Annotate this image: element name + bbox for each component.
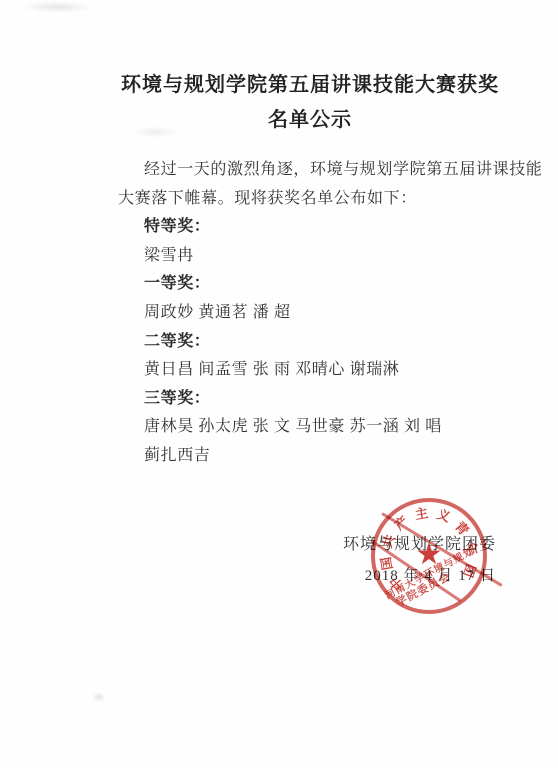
seal-arc-char: 年 xyxy=(462,540,483,556)
section-names-first-prize: 周政妙 黄通茗 潘 超 xyxy=(118,299,510,328)
title-line-2: 名单公示 xyxy=(112,103,508,138)
document-title: 环境与规划学院第五届讲课技能大赛获奖 名单公示 xyxy=(112,68,508,138)
section-heading-third-prize: 三等奖： xyxy=(118,385,510,414)
title-line-1: 环境与规划学院第五届讲课技能大赛获奖 xyxy=(112,68,508,103)
intro-line-2: 大赛落下帷幕。现将获奖名单公布如下： xyxy=(118,185,510,214)
document-body: 经过一天的激烈角逐，环境与规划学院第五届讲课技能 大赛落下帷幕。现将获奖名单公布… xyxy=(118,156,510,471)
seal-arc-char: 国 xyxy=(375,556,396,572)
seal-arc-char: 主 xyxy=(413,502,429,523)
section-names-third-prize-row-1: 唐林昊 孙太虎 张 文 马世豪 苏一涵 刘 唱 xyxy=(118,413,510,442)
section-names-special-prize: 梁雪冉 xyxy=(118,242,510,271)
section-names-second-prize: 黄日昌 间孟雪 张 雨 邓晴心 谢瑞淋 xyxy=(118,356,510,385)
intro-line-1: 经过一天的激烈角逐，环境与规划学院第五届讲课技能 xyxy=(118,156,510,185)
seal-arc-char: 青 xyxy=(451,517,474,539)
section-heading-special-prize: 特等奖： xyxy=(118,213,510,242)
section-heading-first-prize: 一等奖： xyxy=(118,270,510,299)
seal-arc-char: 义 xyxy=(435,504,454,526)
scanned-document-page: 环境与规划学院第五届讲课技能大赛获奖 名单公示 经过一天的激烈角逐，环境与规划学… xyxy=(0,0,558,768)
section-names-third-prize-row-2: 蓟扎西吉 xyxy=(118,442,510,471)
scan-smudge xyxy=(22,1,92,13)
scan-smudge xyxy=(92,692,106,702)
section-heading-second-prize: 二等奖： xyxy=(118,328,510,357)
